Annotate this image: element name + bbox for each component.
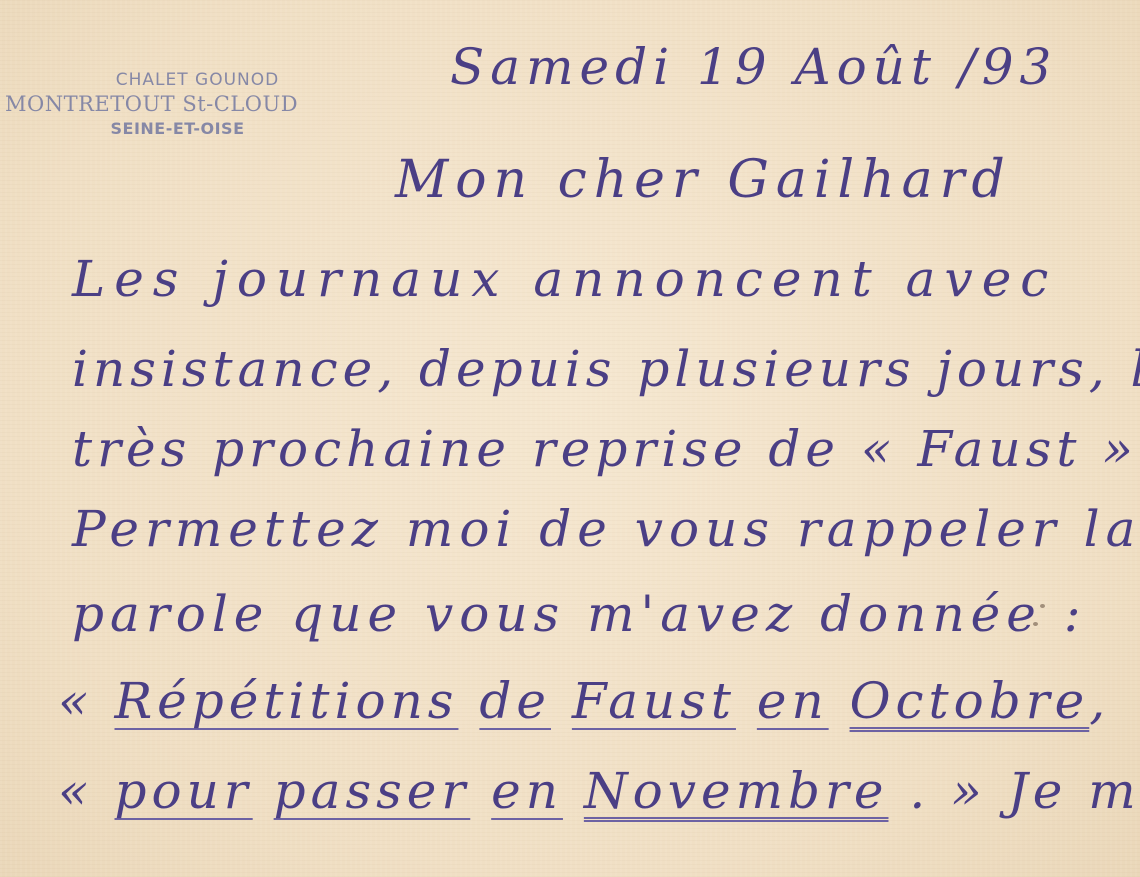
letter-salutation: Mon cher Gailhard bbox=[395, 150, 1012, 210]
underlined-word: Répétitions bbox=[115, 672, 459, 730]
paper-spot bbox=[1040, 604, 1045, 608]
stamp-line-address: MONTRETOUT St-CLOUD bbox=[0, 94, 400, 115]
underlined-word: passer bbox=[274, 762, 471, 820]
body-line: Les journaux annoncent avec bbox=[72, 250, 1057, 308]
double-underlined-word: Novembre bbox=[584, 762, 889, 820]
underlined-word: en bbox=[491, 762, 563, 820]
punctuation: . » bbox=[909, 762, 986, 820]
underlined-word: pour bbox=[115, 762, 253, 820]
body-line-quoted: « Répétitions de Faust en Octobre, bbox=[58, 672, 1110, 730]
stamp-line-department: SEINE-ET-OISE bbox=[0, 121, 400, 137]
letterhead-stamp: CHALET GOUNOD MONTRETOUT St-CLOUD SEINE-… bbox=[0, 72, 400, 137]
body-line: très prochaine reprise de « Faust ». bbox=[72, 420, 1140, 478]
paper-spot bbox=[1033, 622, 1038, 626]
continuation-text: Je m'en bbox=[1008, 762, 1140, 820]
body-line: Permettez moi de vous rappeler la bbox=[72, 500, 1140, 558]
underlined-word: de bbox=[479, 672, 551, 730]
body-line-quoted: « pour passer en Novembre . » Je m'en bbox=[58, 762, 1140, 820]
body-line: insistance, depuis plusieurs jours, la bbox=[72, 340, 1140, 398]
underlined-word: en bbox=[757, 672, 829, 730]
letter-date: Samedi 19 Août /93 bbox=[450, 38, 1057, 96]
quote-mark: « bbox=[58, 672, 94, 730]
quote-mark: « bbox=[58, 762, 94, 820]
letter-page: CHALET GOUNOD MONTRETOUT St-CLOUD SEINE-… bbox=[0, 0, 1140, 877]
body-line: parole que vous m'avez donnée : bbox=[72, 585, 1087, 643]
stamp-line-chalet: CHALET GOUNOD bbox=[0, 72, 400, 89]
punctuation: , bbox=[1089, 672, 1110, 730]
underlined-word: Faust bbox=[572, 672, 736, 730]
double-underlined-word: Octobre bbox=[850, 672, 1090, 730]
